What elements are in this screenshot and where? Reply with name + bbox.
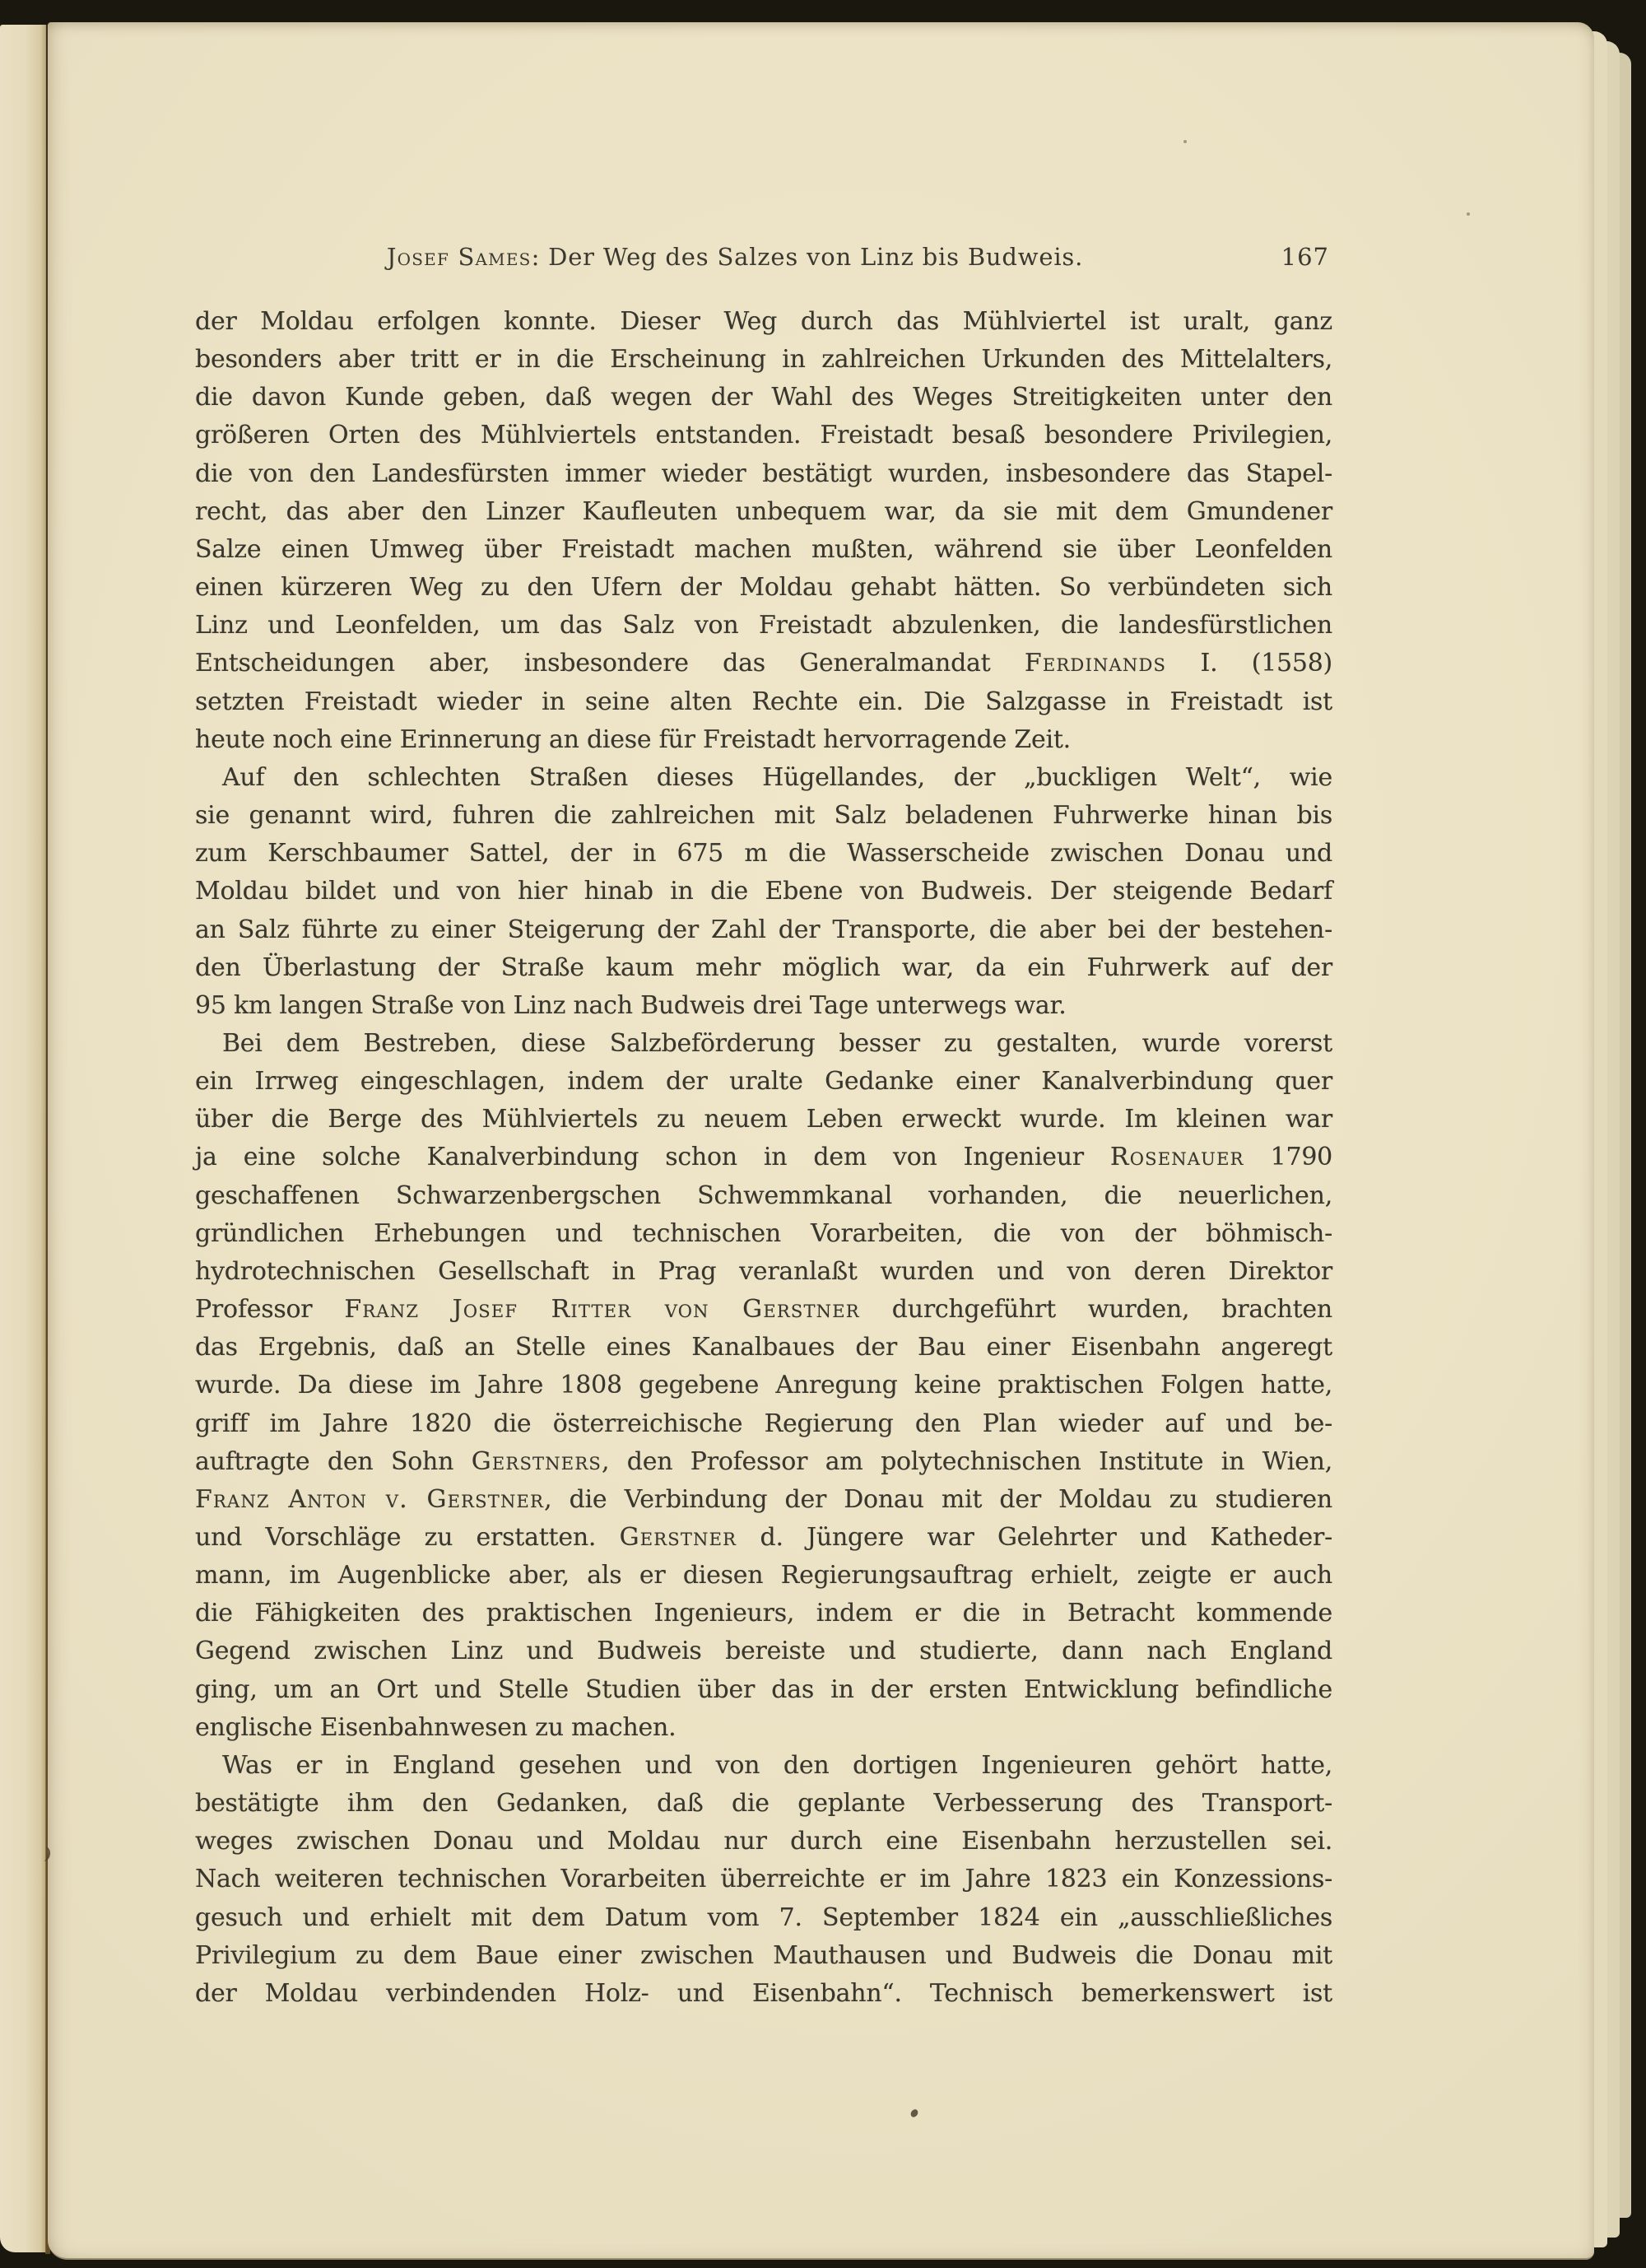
- text-line: englische Eisenbahnwesen zu machen.: [195, 1709, 1332, 1747]
- text-line: Nach weiteren technischen Vorarbeiten üb…: [195, 1861, 1332, 1898]
- text-line: ja eine solche Kanalverbindung schon in …: [195, 1139, 1332, 1176]
- text-line: hydrotechnischen Gesellschaft in Prag ve…: [195, 1253, 1332, 1291]
- text-line: Moldau bildet und von hier hinab in die …: [195, 873, 1332, 910]
- text-line: Salze einen Umweg über Freistadt machen …: [195, 531, 1332, 569]
- text-line: einen kürzeren Weg zu den Ufern der Mold…: [195, 569, 1332, 607]
- text-line: recht, das aber den Linzer Kaufleuten un…: [195, 493, 1332, 531]
- text-line: griff im Jahre 1820 die österreichische …: [195, 1405, 1332, 1443]
- text-line: das Ergebnis, daß an Stelle eines Kanalb…: [195, 1329, 1332, 1367]
- page-number: 167: [1281, 242, 1329, 272]
- text-line: wurde. Da diese im Jahre 1808 gegebene A…: [195, 1367, 1332, 1404]
- text-line: die von den Landesfürsten immer wieder b…: [195, 455, 1332, 493]
- text-line: gründlichen Erhebungen und technischen V…: [195, 1215, 1332, 1253]
- text-line: bestätigte ihm den Gedanken, daß die gep…: [195, 1785, 1332, 1823]
- text-line: größeren Orten des Mühlviertels entstand…: [195, 417, 1332, 454]
- text-line: Entscheidungen aber, insbesondere das Ge…: [195, 645, 1332, 682]
- running-header: Josef Sames: Der Weg des Salzes von Linz…: [195, 242, 1332, 277]
- text-line: Bei dem Bestreben, diese Salzbeförderung…: [195, 1025, 1332, 1063]
- text-line: auftragte den Sohn Gerstners, den Profes…: [195, 1443, 1332, 1481]
- text-line: der Moldau verbindenden Holz- und Eisenb…: [195, 1975, 1332, 2013]
- text-line: über die Berge des Mühlviertels zu neuem…: [195, 1101, 1332, 1139]
- text-line: Was er in England gesehen und von den do…: [195, 1747, 1332, 1785]
- text-line: mann, im Augenblicke aber, als er diesen…: [195, 1557, 1332, 1595]
- text-line: die Fähigkeiten des praktischen Ingenieu…: [195, 1595, 1332, 1632]
- text-line: die davon Kunde geben, daß wegen der Wah…: [195, 379, 1332, 417]
- text-line: weges zwischen Donau und Moldau nur durc…: [195, 1823, 1332, 1861]
- body-text: der Moldau erfolgen konnte. Dieser Weg d…: [195, 303, 1332, 2013]
- scan-artifact-fleck: [1183, 140, 1187, 143]
- text-line: Gegend zwischen Linz und Budweis bereist…: [195, 1632, 1332, 1670]
- text-line: und Vorschläge zu erstatten. Gerstner d.…: [195, 1519, 1332, 1557]
- text-line: Auf den schlechten Straßen dieses Hügell…: [195, 759, 1332, 797]
- text-line: Privilegium zu dem Baue einer zwischen M…: [195, 1937, 1332, 1975]
- text-line: besonders aber tritt er in die Erscheinu…: [195, 341, 1332, 379]
- text-line: 95 km langen Straße von Linz nach Budwei…: [195, 987, 1332, 1025]
- text-line: Linz und Leonfelden, um das Salz von Fre…: [195, 607, 1332, 645]
- text-line: ging, um an Ort und Stelle Studien über …: [195, 1671, 1332, 1709]
- text-line: der Moldau erfolgen konnte. Dieser Weg d…: [195, 303, 1332, 341]
- text-line: sie genannt wird, fuhren die zahlreichen…: [195, 797, 1332, 835]
- previous-page-edge: [0, 25, 46, 2252]
- text-line: an Salz führte zu einer Steigerung der Z…: [195, 911, 1332, 949]
- text-line: Franz Anton v. Gerstner, die Verbindung …: [195, 1481, 1332, 1519]
- scan-artifact-fleck: [1467, 212, 1470, 216]
- text-line: gesuch und erhielt mit dem Datum vom 7. …: [195, 1899, 1332, 1937]
- text-line: heute noch eine Erinnerung an diese für …: [195, 721, 1332, 759]
- running-header-title: Josef Sames: Der Weg des Salzes von Linz…: [195, 242, 1332, 272]
- text-line: geschaffenen Schwarzenbergschen Schwemmk…: [195, 1177, 1332, 1215]
- text-line: ein Irrweg eingeschlagen, indem der ural…: [195, 1063, 1332, 1101]
- text-line: den Überlastung der Straße kaum mehr mög…: [195, 949, 1332, 987]
- text-line: zum Kerschbaumer Sattel, der in 675 m di…: [195, 835, 1332, 873]
- text-line: Professor Franz Josef Ritter von Gerstne…: [195, 1291, 1332, 1329]
- text-line: setzten Freistadt wieder in seine alten …: [195, 683, 1332, 721]
